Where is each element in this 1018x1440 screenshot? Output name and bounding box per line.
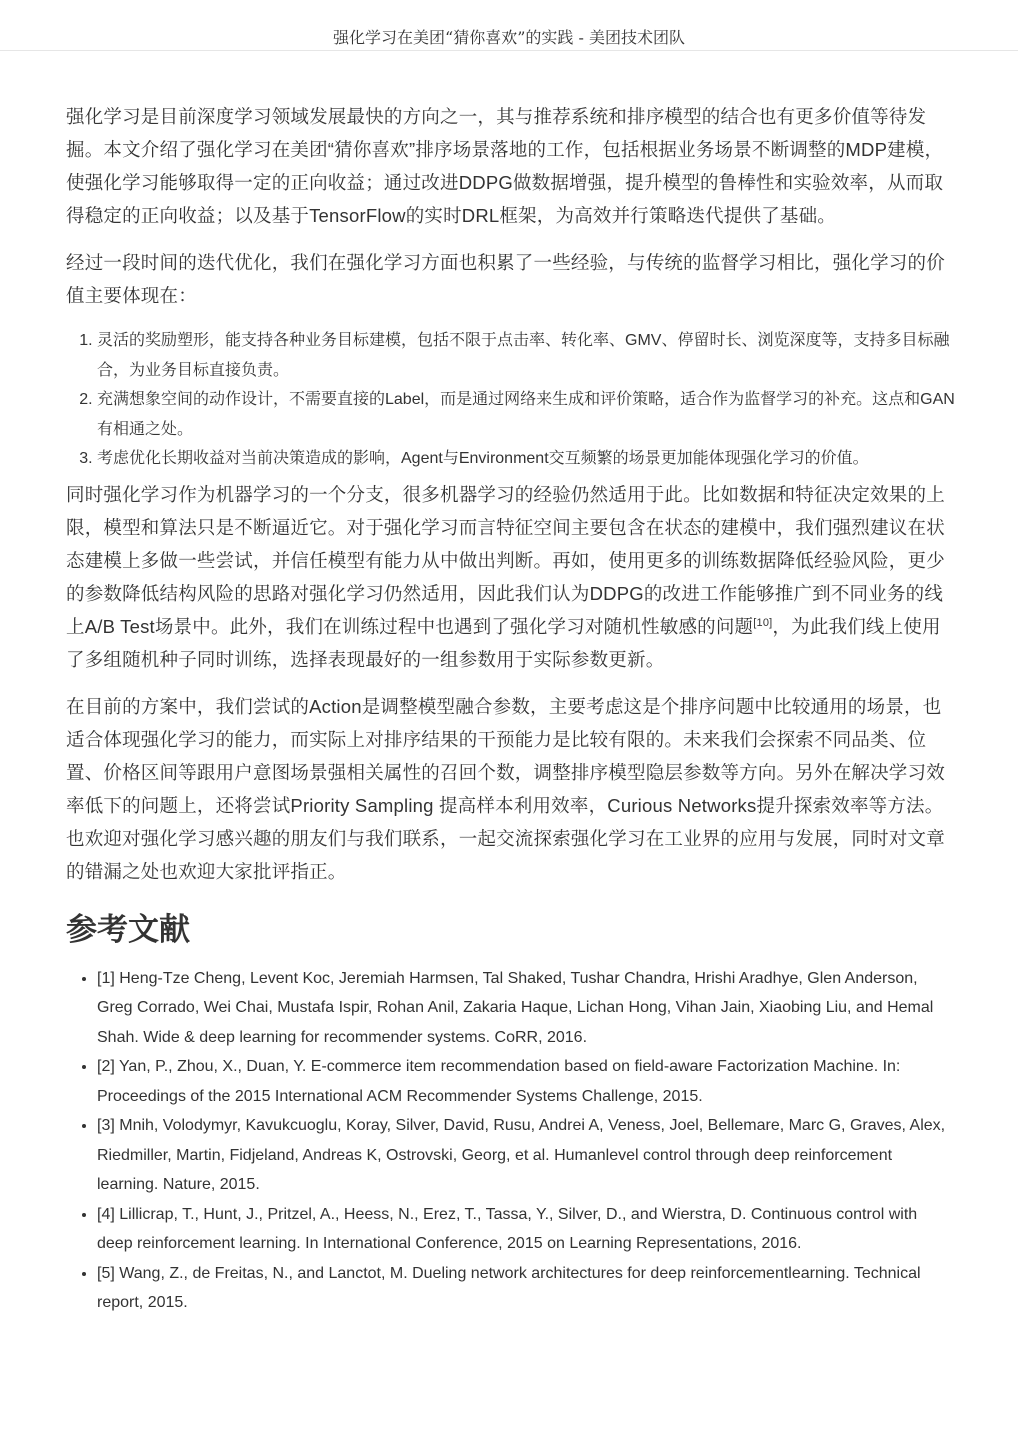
references-heading: 参考文献 xyxy=(66,908,956,952)
reference-item: [3] Mnih, Volodymyr, Kavukcuoglu, Koray,… xyxy=(97,1111,956,1200)
paragraph-future-work: 在目前的方案中，我们尝试的Action是调整模型融合参数，主要考虑这是个排序问题… xyxy=(66,690,956,888)
paragraph-experience: 经过一段时间的迭代优化，我们在强化学习方面也积累了一些经验，与传统的监督学习相比… xyxy=(66,246,956,312)
references-list: [1] Heng-Tze Cheng, Levent Koc, Jeremiah… xyxy=(66,964,956,1318)
page-header: 强化学习在美团“猜你喜欢”的实践 - 美团技术团队 xyxy=(0,0,1018,51)
reference-item: [4] Lillicrap, T., Hunt, J., Pritzel, A.… xyxy=(97,1200,956,1259)
list-item: 考虑优化长期收益对当前决策造成的影响，Agent与Environment交互频繁… xyxy=(97,444,956,474)
reference-item: [2] Yan, P., Zhou, X., Duan, Y. E-commer… xyxy=(97,1052,956,1111)
paragraph-ml-experience: 同时强化学习作为机器学习的一个分支，很多机器学习的经验仍然适用于此。比如数据和特… xyxy=(66,478,956,676)
paragraph-intro: 强化学习是目前深度学习领域发展最快的方向之一，其与推荐系统和排序模型的结合也有更… xyxy=(66,100,956,232)
list-item: 灵活的奖励塑形，能支持各种业务目标建模，包括不限于点击率、转化率、GMV、停留时… xyxy=(97,326,956,385)
reference-item: [5] Wang, Z., de Freitas, N., and Lancto… xyxy=(97,1259,956,1318)
reference-item: [1] Heng-Tze Cheng, Levent Koc, Jeremiah… xyxy=(97,964,956,1053)
paragraph-text: 同时强化学习作为机器学习的一个分支，很多机器学习的经验仍然适用于此。比如数据和特… xyxy=(66,484,945,637)
citation-link[interactable]: [10] xyxy=(753,616,772,628)
article-body: 强化学习是目前深度学习领域发展最快的方向之一，其与推荐系统和排序模型的结合也有更… xyxy=(66,100,956,1318)
list-item: 充满想象空间的动作设计，不需要直接的Label，而是通过网络来生成和评价策略，适… xyxy=(97,385,956,444)
rl-values-list: 灵活的奖励塑形，能支持各种业务目标建模，包括不限于点击率、转化率、GMV、停留时… xyxy=(66,326,956,474)
page-title: 强化学习在美团“猜你喜欢”的实践 - 美团技术团队 xyxy=(333,25,685,48)
